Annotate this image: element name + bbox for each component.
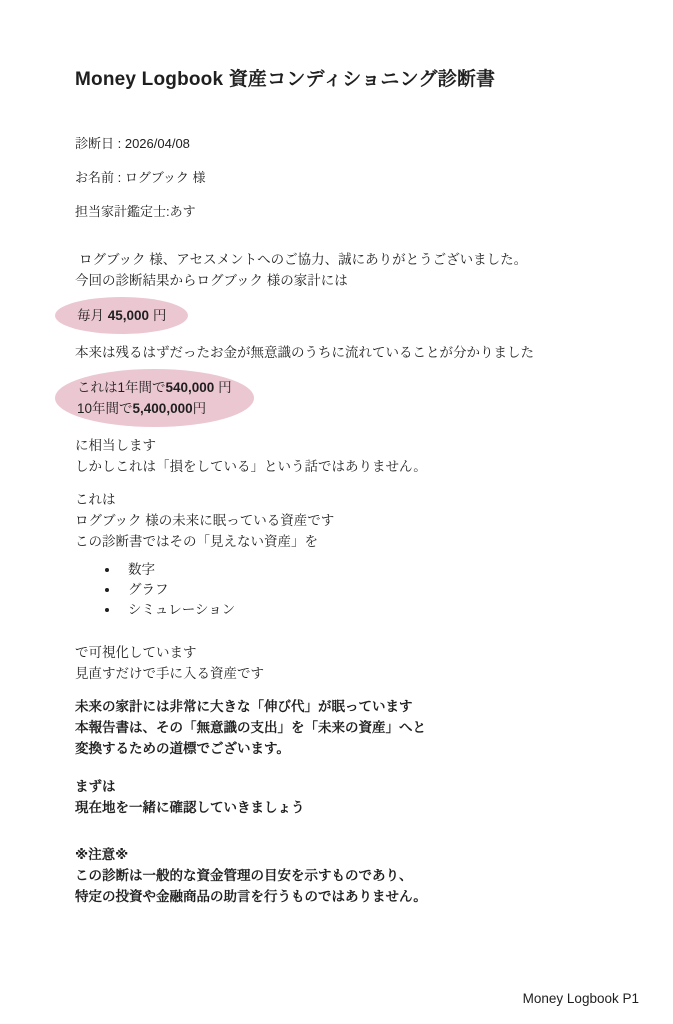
notice-line: ※注意※ [75,844,595,865]
totals-ellipse: これは1年間で540,000 円 10年間で5,400,000円 [55,369,254,427]
greeting-paragraph: ログブック 様、アセスメントへのご協力、誠にありがとうございました。 今回の診断… [75,249,595,291]
equivalence-line: しかしこれは「損をしている」という話ではありません。 [75,456,595,477]
yearly-total-value: 540,000 [166,380,215,395]
document-page: Money Logbook 資産コンディショニング診断書 診断日 : 2026/… [0,0,673,1024]
future-note-line: 変換するための道標でございます。 [75,738,595,759]
visualization-paragraph: で可視化しています 見直すだけで手に入る資産です [75,642,595,684]
bullet-item-graphs: グラフ [120,580,595,600]
monthly-amount-ellipse: 毎月 45,000 円 [55,297,188,334]
greeting-line: ログブック 様、アセスメントへのご協力、誠にありがとうございました。 [75,249,595,270]
notice-paragraph: ※注意※ この診断は一般的な資金管理の目安を示すものであり、 特定の投資や金融商… [75,844,595,907]
decade-total-value: 5,400,000 [133,401,193,416]
finding-paragraph: 本来は残るはずだったお金が無意識のうちに流れていることが分かりました [75,342,595,363]
equivalence-paragraph: に相当します しかしこれは「損をしている」という話ではありません。 [75,435,595,477]
visualization-bullet-list: 数字 グラフ シミュレーション [75,560,595,620]
advisor-name: 担当家計鑑定士:あす [75,205,595,219]
asset-intro-line: ログブック 様の未来に眠っている資産です [75,510,595,531]
greeting-line: 今回の診断結果からログブック 様の家計には [75,270,595,291]
decade-total-prefix: 10年間で [77,401,133,416]
decade-total-suffix: 円 [193,401,207,416]
page-footer: Money Logbook P1 [523,991,639,1006]
yearly-total-line: これは1年間で540,000 円 [77,377,232,398]
totals-highlight: これは1年間で540,000 円 10年間で5,400,000円 [75,369,595,427]
monthly-amount-suffix: 円 [149,308,166,323]
notice-line: この診断は一般的な資金管理の目安を示すものであり、 [75,865,595,886]
future-note-paragraph: 未来の家計には非常に大きな「伸び代」が眠っています 本報告書は、その「無意識の支… [75,696,595,759]
yearly-total-suffix: 円 [214,380,231,395]
next-step-paragraph: まずは 現在地を一緒に確認していきましょう [75,776,595,818]
visualization-line: で可視化しています [75,642,595,663]
yearly-total-prefix: これは1年間で [77,380,166,395]
client-name: お名前 : ログブック 様 [75,171,595,185]
decade-total-line: 10年間で5,400,000円 [77,398,232,419]
monthly-amount-value: 45,000 [108,308,149,323]
future-note-line: 未来の家計には非常に大きな「伸び代」が眠っています [75,696,595,717]
asset-intro-line: この診断書ではその「見えない資産」を [75,531,595,552]
meta-section: 診断日 : 2026/04/08 お名前 : ログブック 様 担当家計鑑定士:あ… [75,137,595,219]
bullet-item-simulation: シミュレーション [120,600,595,620]
monthly-amount-prefix: 毎月 [77,308,108,323]
diagnosis-date: 診断日 : 2026/04/08 [75,137,595,151]
future-note-line: 本報告書は、その「無意識の支出」を「未来の資産」へと [75,717,595,738]
next-step-line: 現在地を一緒に確認していきましょう [75,797,595,818]
bullet-item-numbers: 数字 [120,560,595,580]
asset-intro-paragraph: これは ログブック 様の未来に眠っている資産です この診断書ではその「見えない資… [75,489,595,552]
asset-intro-line: これは [75,489,595,510]
document-title: Money Logbook 資産コンディショニング診断書 [75,64,595,91]
monthly-amount-highlight: 毎月 45,000 円 [75,297,595,334]
visualization-line: 見直すだけで手に入る資産です [75,663,595,684]
notice-line: 特定の投資や金融商品の助言を行うものではありません。 [75,886,595,907]
next-step-line: まずは [75,776,595,797]
equivalence-line: に相当します [75,435,595,456]
